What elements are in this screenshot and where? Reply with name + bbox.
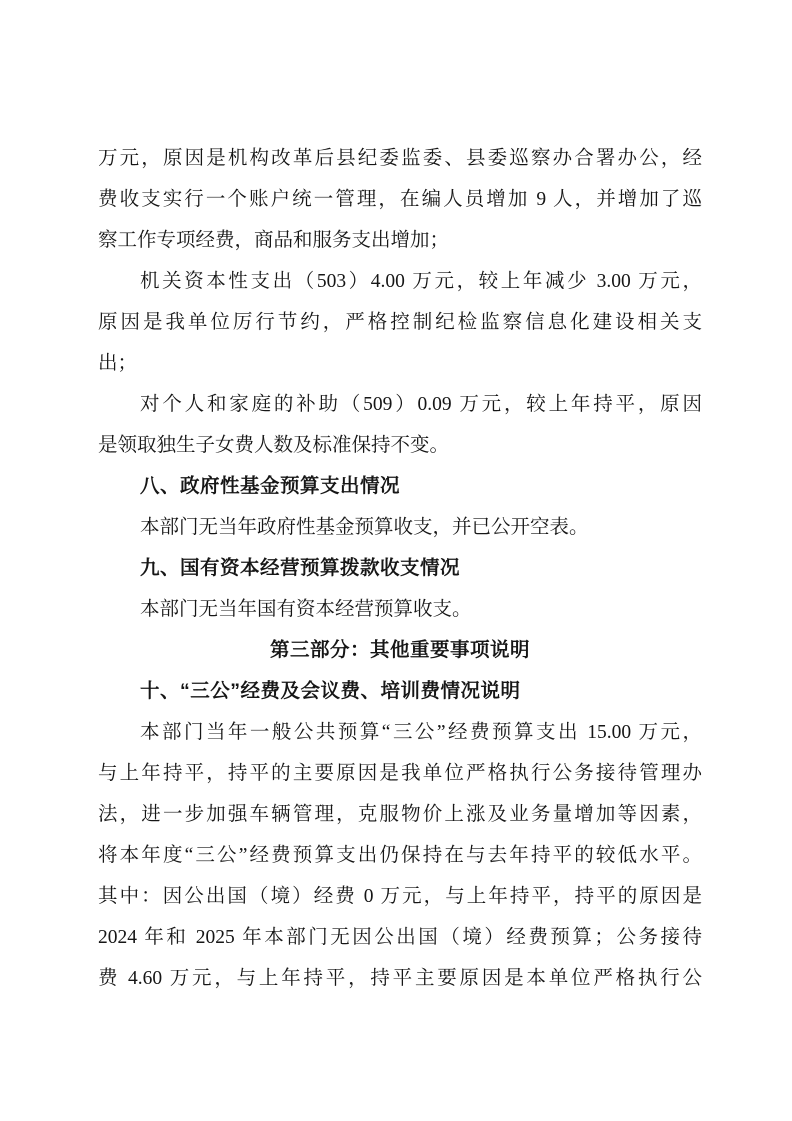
body-text-line: 万元，原因是机构改革后县纪委监委、县委巡察办合署办公，经 bbox=[98, 138, 702, 179]
body-text-line: 出； bbox=[98, 343, 702, 384]
body-text-line: 对个人和家庭的补助（509）0.09 万元，较上年持平，原因 bbox=[98, 384, 702, 425]
body-text-line: 2024 年和 2025 年本部门无因公出国（境）经费预算；公务接待 bbox=[98, 917, 702, 958]
body-text-line: 原因是我单位厉行节约，严格控制纪检监察信息化建设相关支 bbox=[98, 302, 702, 343]
body-text-line: 本部门当年一般公共预算“三公”经费预算支出 15.00 万元， bbox=[98, 712, 702, 753]
section-heading: 九、国有资本经营预算拨款收支情况 bbox=[98, 548, 702, 589]
body-text-line: 费收支实行一个账户统一管理，在编人员增加 9 人，并增加了巡 bbox=[98, 179, 702, 220]
section-heading: 十、“三公”经费及会议费、培训费情况说明 bbox=[98, 671, 702, 712]
body-text-line: 将本年度“三公”经费预算支出仍保持在与去年持平的较低水平。 bbox=[98, 835, 702, 876]
body-text-line: 与上年持平，持平的主要原因是我单位严格执行公务接待管理办 bbox=[98, 753, 702, 794]
body-text-line: 本部门无当年政府性基金预算收支，并已公开空表。 bbox=[98, 507, 702, 548]
body-text-line: 察工作专项经费，商品和服务支出增加； bbox=[98, 220, 702, 261]
body-text-line: 机关资本性支出（503）4.00 万元，较上年减少 3.00 万元， bbox=[98, 261, 702, 302]
part-title: 第三部分：其他重要事项说明 bbox=[98, 630, 702, 671]
body-text-line: 本部门无当年国有资本经营预算收支。 bbox=[98, 589, 702, 630]
body-text-line: 是领取独生子女费人数及标准保持不变。 bbox=[98, 425, 702, 466]
body-text-line: 其中：因公出国（境）经费 0 万元，与上年持平，持平的原因是 bbox=[98, 876, 702, 917]
body-text-line: 费 4.60 万元，与上年持平，持平主要原因是本单位严格执行公 bbox=[98, 958, 702, 999]
section-heading: 八、政府性基金预算支出情况 bbox=[98, 466, 702, 507]
body-text-line: 法，进一步加强车辆管理，克服物价上涨及业务量增加等因素， bbox=[98, 794, 702, 835]
document-page: 万元，原因是机构改革后县纪委监委、县委巡察办合署办公，经费收支实行一个账户统一管… bbox=[0, 0, 792, 1121]
document-text-block: 万元，原因是机构改革后县纪委监委、县委巡察办合署办公，经费收支实行一个账户统一管… bbox=[98, 138, 702, 999]
